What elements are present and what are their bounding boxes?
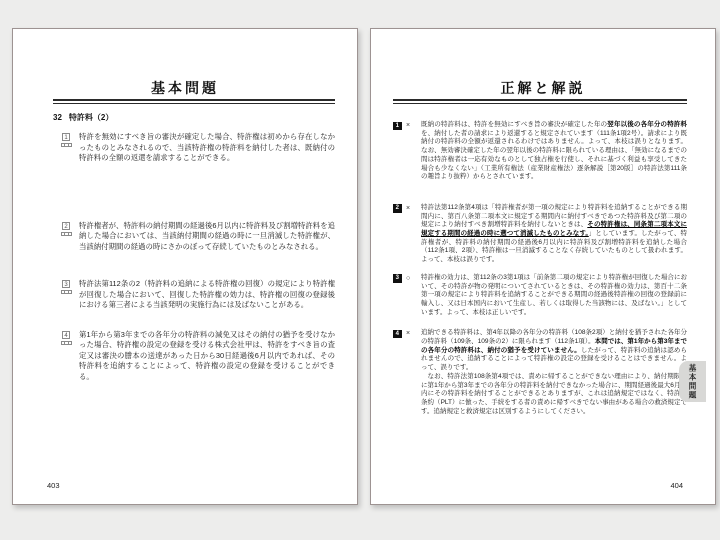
answer-item: 3○特許権の効力は、第112条の3第1項は「前条第二項の規定により特許権が回復し… — [393, 274, 687, 318]
answer-mark: × — [406, 121, 410, 130]
problem-item-gutter: 1 — [53, 132, 79, 164]
problem-list: 1特許を無効にすべき旨の審決が確定した場合、特許権は初めから存在しなかったものと… — [53, 132, 335, 382]
checkbox — [68, 232, 73, 236]
checkbox — [68, 143, 73, 147]
answer-number-badge: 2 — [393, 204, 402, 213]
answer-item-gutter: 2× — [393, 204, 421, 265]
problem-item-gutter: 2 — [53, 221, 79, 253]
text-segment: なお、特許法第108条第4項では、責めに帰することができない理由により、納付期限… — [421, 373, 687, 415]
answer-number-badge: 3 — [393, 274, 402, 283]
right-page: 正解と解説 1×既納の特許料は、特許を無効にすべき旨の審決が確定した年の翌年以後… — [370, 28, 716, 505]
answer-item: 1×既納の特許料は、特許を無効にすべき旨の審決が確定した年の翌年以後の各年分の特… — [393, 121, 687, 182]
answer-number-badge: 1 — [393, 122, 402, 131]
page-number-left: 403 — [47, 481, 60, 490]
problem-number: 32 — [53, 113, 62, 122]
problem-number-box: 4 — [62, 331, 70, 339]
answer-item: 4×追納できる特許料は、第4年以降の各年分の特許料（108条2項）と納付を猶予さ… — [393, 329, 687, 416]
problem-number-box: 2 — [62, 222, 70, 230]
answer-checkboxes — [53, 143, 79, 147]
answer-item-gutter: 4× — [393, 329, 421, 416]
explanation-text: 追納できる特許料は、第4年以降の各年分の特許料（108条2項）と納付を猶予された… — [421, 329, 687, 416]
problem-number-box: 1 — [62, 133, 70, 141]
answer-item-gutter: 1× — [393, 121, 421, 182]
problem-item: 1特許を無効にすべき旨の審決が確定した場合、特許権は初めから存在しなかったものと… — [53, 132, 335, 164]
header-rule — [393, 99, 687, 104]
explanation-paragraph: 特許法第112条第4項は「特許権者が第一項の規定により特許料を追納することができ… — [421, 204, 687, 265]
answer-mark: ○ — [406, 274, 410, 283]
explanation-paragraph: 特許権の効力は、第112条の3第1項は「前条第二項の規定により特許権が回復した場… — [421, 274, 687, 318]
explanation-text: 特許権の効力は、第112条の3第1項は「前条第二項の規定により特許権が回復した場… — [421, 274, 687, 318]
problem-item-gutter: 4 — [53, 330, 79, 383]
answer-mark: × — [406, 204, 410, 213]
text-segment: 特許権の効力は、第112条の3第1項は「前条第二項の規定により特許権が回復した場… — [421, 274, 687, 316]
text-segment: 既納の特許料は、特許を無効にすべき旨の審決が確定した年の — [421, 121, 607, 128]
side-tab: 基本問題 — [679, 361, 706, 402]
problem-number-box: 3 — [62, 280, 70, 288]
page-number-right: 404 — [670, 481, 683, 490]
problem-item: 4第1年から第3年までの各年分の特許料の減免又はその納付の猶予を受けなかった場合… — [53, 330, 335, 383]
answer-item-gutter: 3○ — [393, 274, 421, 318]
explanation-text: 特許法第112条第4項は「特許権者が第一項の規定により特許料を追納することができ… — [421, 204, 687, 265]
header-rule — [53, 99, 335, 104]
problem-item: 3特許法第112条の2（特許料の追納による特許権の回復）の規定により特許権が回復… — [53, 279, 335, 311]
answer-number-badge: 4 — [393, 330, 402, 339]
left-page-title: 基本問題 — [13, 80, 357, 96]
explanation-paragraph: 既納の特許料は、特許を無効にすべき旨の審決が確定した年の翌年以後の各年分の特許料… — [421, 121, 687, 182]
left-page: 基本問題 32特許料（2） 1特許を無効にすべき旨の審決が確定した場合、特許権は… — [12, 28, 358, 505]
text-segment: を、納付した者の請求により返還すると規定されています（111条1項2号）。請求に… — [421, 130, 687, 181]
problem-text: 特許権者が、特許料の納付期間の経過後6月以内に特許料及び割増特許料を追納した場合… — [79, 221, 335, 253]
problem-text: 特許法第112条の2（特許料の追納による特許権の回復）の規定により特許権が回復し… — [79, 279, 335, 311]
explanation-paragraph: なお、特許法第108条第4項では、責めに帰することができない理由により、納付期限… — [421, 373, 687, 417]
problem-text: 第1年から第3年までの各年分の特許料の減免又はその納付の猶予を受けなかった場合、… — [79, 330, 335, 383]
checkbox — [68, 290, 73, 294]
answer-mark: × — [406, 329, 410, 338]
answer-checkboxes — [53, 232, 79, 236]
checkbox — [68, 341, 73, 345]
side-tab-label: 基本問題 — [687, 364, 698, 400]
answer-checkboxes — [53, 341, 79, 345]
problem-item-gutter: 3 — [53, 279, 79, 311]
problem-title: 特許料（2） — [69, 113, 113, 122]
answer-item: 2×特許法第112条第4項は「特許権者が第一項の規定により特許料を追納することが… — [393, 204, 687, 265]
answer-checkboxes — [53, 290, 79, 294]
explanation-text: 既納の特許料は、特許を無効にすべき旨の審決が確定した年の翌年以後の各年分の特許料… — [421, 121, 687, 182]
problem-item: 2特許権者が、特許料の納付期間の経過後6月以内に特許料及び割増特許料を追納した場… — [53, 221, 335, 253]
problem-heading: 32特許料（2） — [53, 112, 335, 123]
right-page-title: 正解と解説 — [371, 80, 715, 96]
answers-list: 1×既納の特許料は、特許を無効にすべき旨の審決が確定した年の翌年以後の各年分の特… — [393, 121, 687, 416]
explanation-paragraph: 追納できる特許料は、第4年以降の各年分の特許料（108条2項）と納付を猶予された… — [421, 329, 687, 373]
problem-text: 特許を無効にすべき旨の審決が確定した場合、特許権は初めから存在しなかったものとみ… — [79, 132, 335, 164]
text-segment: 翌年以後の各年分の特許料 — [607, 121, 687, 128]
